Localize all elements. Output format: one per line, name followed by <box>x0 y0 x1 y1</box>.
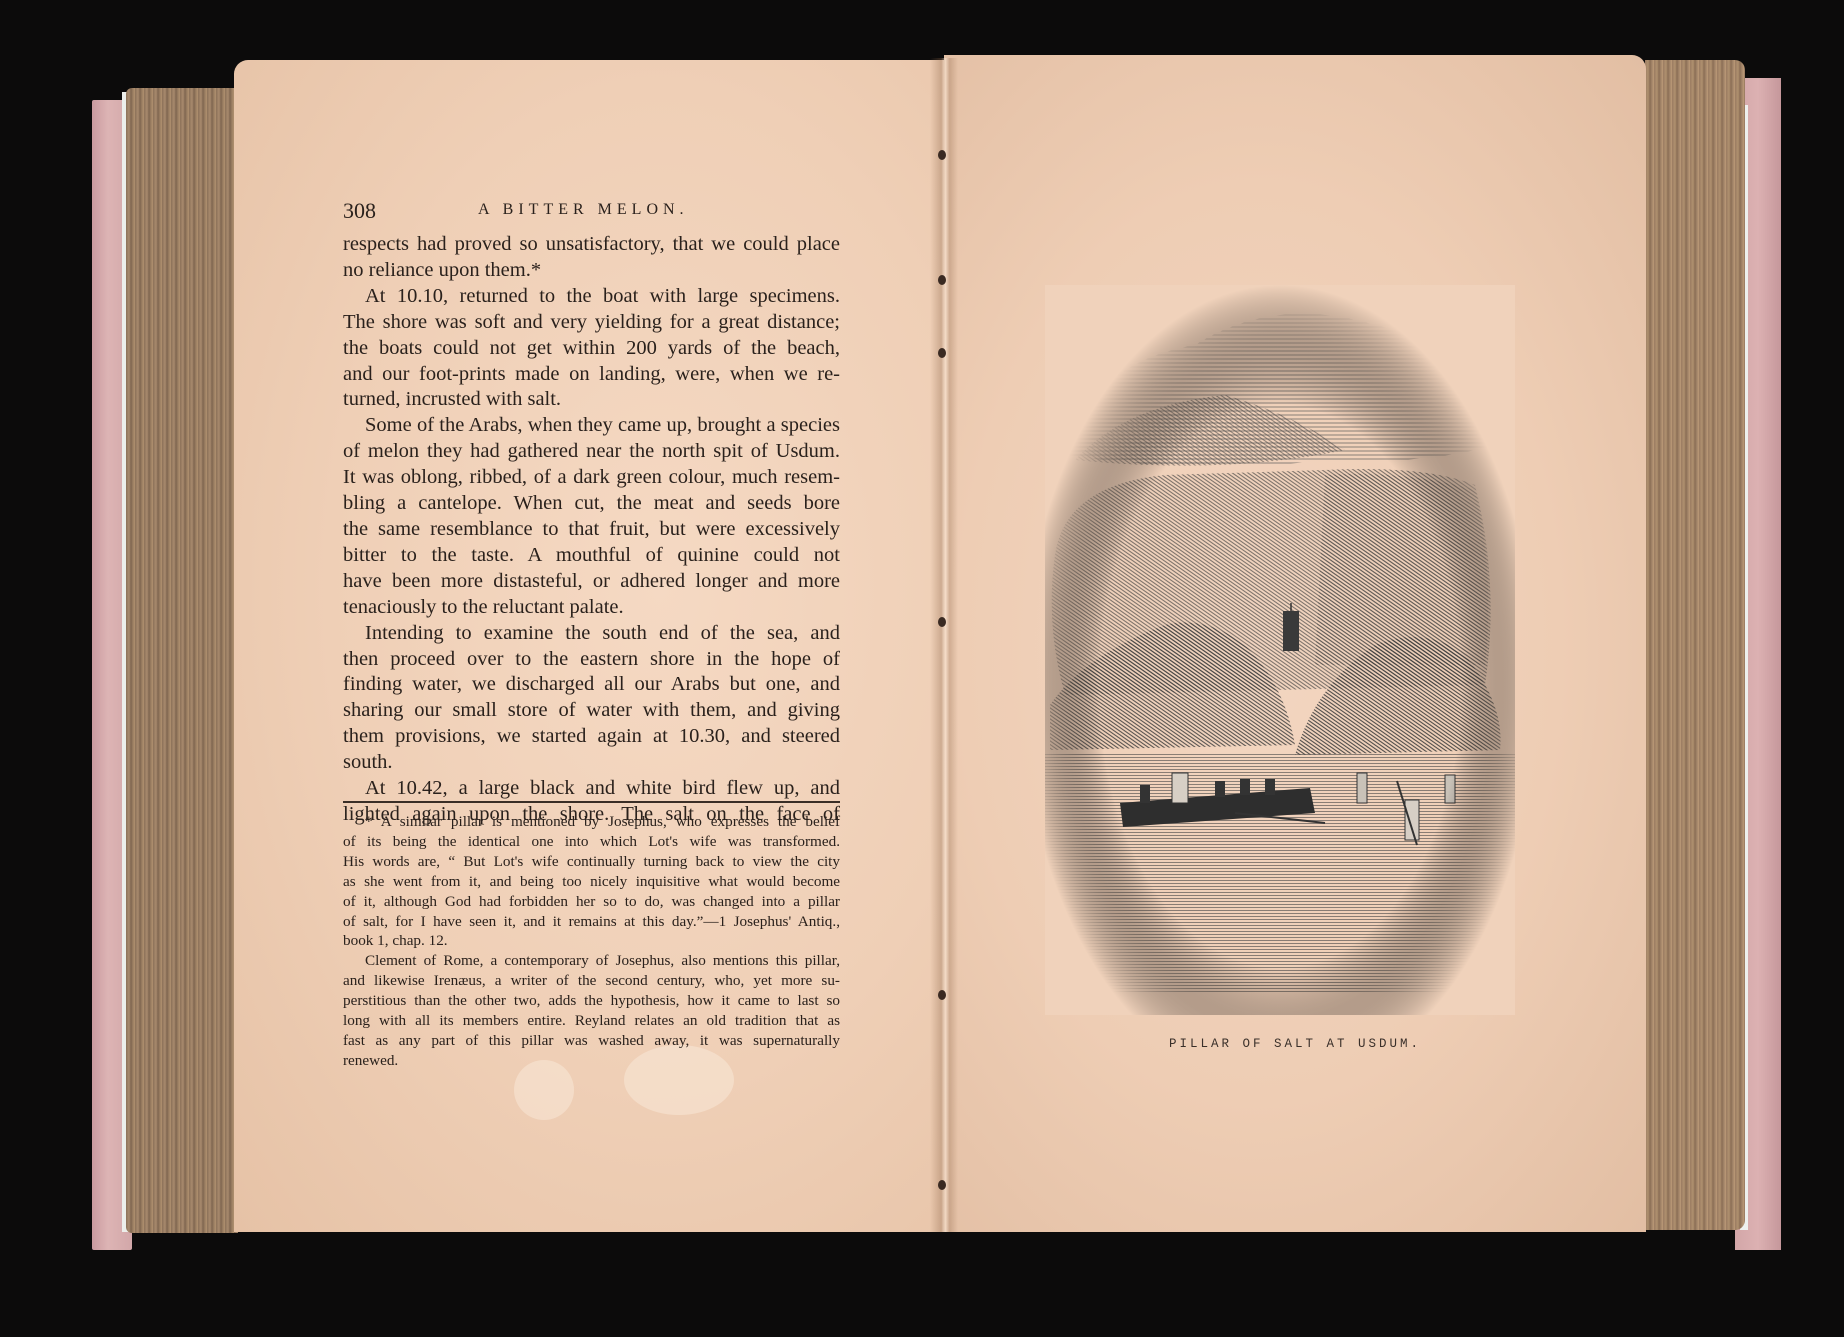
text-line: It was oblong, ribbed, of a dark green c… <box>343 465 840 491</box>
text-line: book 1, chap. 12. <box>343 931 840 951</box>
text-line: finding water, we discharged all our Ara… <box>343 672 840 698</box>
text-line: fast as any part of this pillar was wash… <box>343 1031 840 1051</box>
text-line: At 10.10, returned to the boat with larg… <box>343 284 840 310</box>
binding-stitch <box>938 275 946 285</box>
running-head: A BITTER MELON. <box>478 201 689 219</box>
body-text: respects had proved so unsatisfactory, t… <box>343 232 840 828</box>
text-line: of melon they had gathered near the nort… <box>343 439 840 465</box>
binding-stitch <box>938 990 946 1000</box>
text-line: turned, incrusted with salt. <box>343 387 840 413</box>
illustration-caption: PILLAR OF SALT AT USDUM. <box>1130 1037 1460 1051</box>
text-line: no reliance upon them.* <box>343 258 840 284</box>
footnote-rule <box>343 801 840 803</box>
footnote: * A similar pillar is mentioned by Josep… <box>343 812 840 1071</box>
text-line: as she went from it, and being too nicel… <box>343 872 840 892</box>
binding-stitch <box>938 1180 946 1190</box>
text-line: of it, although God had forbidden her so… <box>343 892 840 912</box>
text-line: Intending to examine the south end of th… <box>343 621 840 647</box>
binding-stitch <box>938 617 946 627</box>
text-line: of its being the identical one into whic… <box>343 832 840 852</box>
text-line: them provisions, we started again at 10.… <box>343 724 840 750</box>
text-line: and likewise Irenæus, a writer of the se… <box>343 971 840 991</box>
text-line: the same resemblance to that fruit, but … <box>343 517 840 543</box>
text-line: have been more distasteful, or adhered l… <box>343 569 840 595</box>
text-line: sharing our small store of water with th… <box>343 698 840 724</box>
page-block-right-edge <box>1645 60 1745 1230</box>
text-line: long with all its members entire. Reylan… <box>343 1011 840 1031</box>
book-gutter <box>930 58 958 1232</box>
text-line: bling a cantelope. When cut, the meat an… <box>343 491 840 517</box>
text-line: His words are, “ But Lot's wife continua… <box>343 852 840 872</box>
text-line: * A similar pillar is mentioned by Josep… <box>343 812 840 832</box>
text-line: and our foot-prints made on landing, wer… <box>343 362 840 388</box>
binding-stitch <box>938 348 946 358</box>
binding-stitch <box>938 150 946 160</box>
text-line: then proceed over to the eastern shore i… <box>343 647 840 673</box>
engraving-illustration <box>1045 285 1515 1015</box>
text-line: perstitious than the other two, adds the… <box>343 991 840 1011</box>
text-line: Clement of Rome, a contemporary of Josep… <box>343 951 840 971</box>
pillar-of-salt-engraving-icon <box>1045 285 1515 1015</box>
text-line: the boats could not get within 200 yards… <box>343 336 840 362</box>
text-line: bitter to the taste. A mouthful of quini… <box>343 543 840 569</box>
text-line: tenaciously to the reluctant palate. <box>343 595 840 621</box>
page-number: 308 <box>343 198 376 224</box>
text-line: south. <box>343 750 840 776</box>
text-line: of salt, for I have seen it, and it rema… <box>343 912 840 932</box>
text-line: Some of the Arabs, when they came up, br… <box>343 413 840 439</box>
page-block-left-edge <box>126 88 238 1233</box>
text-line: respects had proved so unsatisfactory, t… <box>343 232 840 258</box>
text-line: At 10.42, a large black and white bird f… <box>343 776 840 802</box>
text-line: renewed. <box>343 1051 840 1071</box>
text-line: The shore was soft and very yielding for… <box>343 310 840 336</box>
